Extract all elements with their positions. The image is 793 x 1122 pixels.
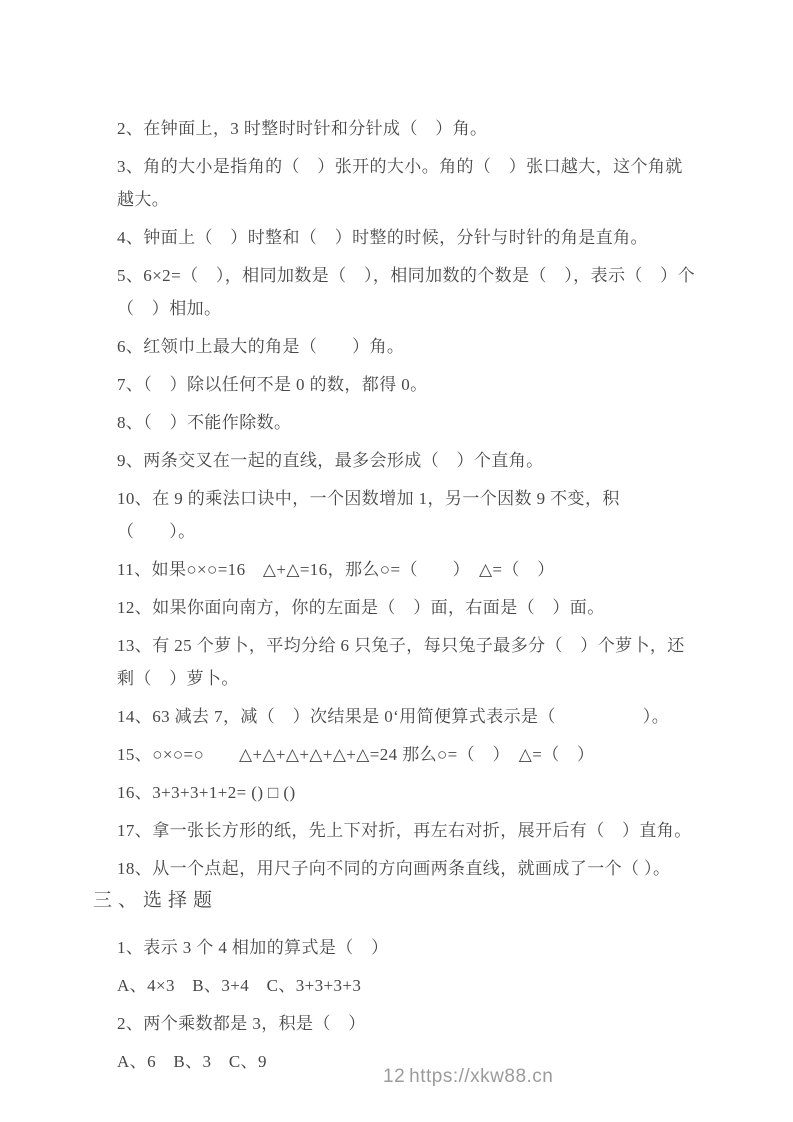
page-footer: 12https://xkw88.cn [383, 1066, 557, 1088]
question-6: 6、红领巾上最大的角是（ ）角。 [117, 330, 695, 363]
question-4: 4、钟面上（ ）时整和（ ）时整的时候，分针与时针的角是直角。 [117, 221, 695, 254]
multiple-choice-section: 1、表示 3 个 4 相加的算式是（ ） A、4×3 B、3+4 C、3+3+3… [117, 931, 695, 1078]
question-13: 13、有 25 个萝卜，平均分给 6 只兔子，每只兔子最多分（ ）个萝卜，还剩（… [117, 629, 695, 695]
question-12: 12、如果你面向南方，你的左面是（ ）面，右面是（ ）面。 [117, 591, 695, 624]
question-7: 7、（ ）除以任何不是 0 的数，都得 0。 [117, 368, 695, 401]
question-14: 14、63 减去 7，减（ ）次结果是 0‘用简便算式表示是（ ）。 [117, 700, 695, 733]
worksheet-page: 2、在钟面上，3 时整时时针和分针成（ ）角。 3、角的大小是指角的（ ）张开的… [0, 0, 793, 1122]
footer-url: https://xkw88.cn [409, 1066, 553, 1087]
question-2: 2、在钟面上，3 时整时时针和分针成（ ）角。 [117, 112, 695, 145]
question-18: 18、从一个点起，用尺子向不同的方向画两条直线，就画成了一个（ ）。 [117, 852, 695, 885]
question-3: 3、角的大小是指角的（ ）张开的大小。角的（ ）张口越大，这个角就越大。 [117, 150, 695, 216]
question-16: 16、3+3+3+1+2= () □ () [117, 776, 695, 809]
question-5: 5、6×2=（ ），相同加数是（ ），相同加数的个数是（ ），表示（ ）个（ ）… [117, 259, 695, 325]
question-15: 15、○×○=○ △+△+△+△+△+△=24 那么○=（ ） △=（ ） [117, 738, 695, 771]
section-heading-multiple-choice: 三、选择题 [93, 884, 695, 917]
mc-question-1: 1、表示 3 个 4 相加的算式是（ ） [117, 931, 695, 964]
page-number: 12 [383, 1066, 405, 1087]
question-17: 17、拿一张长方形的纸，先上下对折，再左右对折，展开后有（ ）直角。 [117, 814, 695, 847]
mc-question-2: 2、两个乘数都是 3，积是（ ） [117, 1007, 695, 1040]
question-11: 11、如果○×○=16 △+△=16，那么○=（ ） △=（ ） [117, 553, 695, 586]
question-10: 10、在 9 的乘法口诀中，一个因数增加 1，另一个因数 9 不变，积（ ）。 [117, 482, 695, 548]
mc-question-1-options: A、4×3 B、3+4 C、3+3+3+3 [117, 969, 695, 1002]
question-9: 9、两条交叉在一起的直线，最多会形成（ ）个直角。 [117, 444, 695, 477]
question-8: 8、（ ）不能作除数。 [117, 406, 695, 439]
worksheet-content: 2、在钟面上，3 时整时时针和分针成（ ）角。 3、角的大小是指角的（ ）张开的… [117, 112, 695, 1083]
